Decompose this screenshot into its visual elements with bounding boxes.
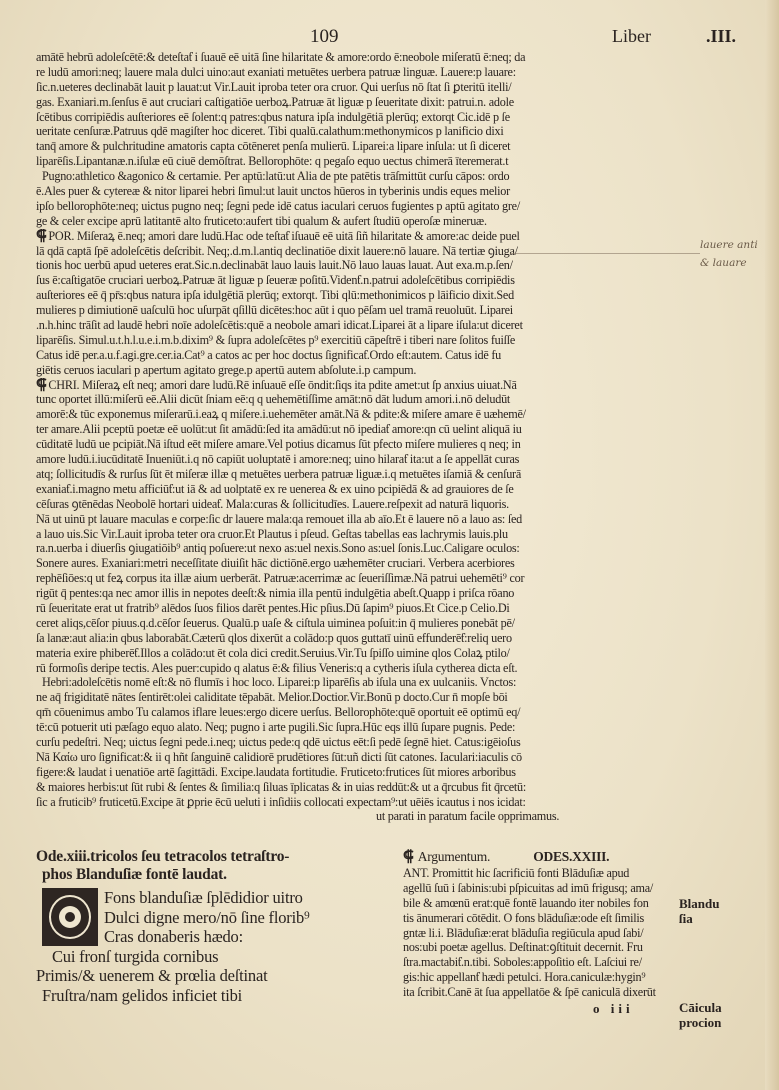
commentary-text: & maiores herbis:ut ſūt rubi & ſentes & … xyxy=(36,780,526,794)
commentary-line: .n.h.hinc trāſit ad laudē hebri noīe ado… xyxy=(36,318,708,333)
argument-line: agellū ſuū i ſabinis:ubi pſpicuitas ad i… xyxy=(403,881,675,896)
commentary-text: liparēſis.Lipantanæ.n.iſulæ eū ciuē demō… xyxy=(36,154,508,168)
commentary-line: ⸿CHRI. Miſeraꝝ eſt neq; amori dare ludū.… xyxy=(36,378,708,393)
margin-note-line: & lauare xyxy=(700,254,775,272)
commentary-line: materia exire phiberēƭ.Illos a colādo:ut… xyxy=(36,646,708,661)
commentary-text: Nā ut uinū pt lauare maculas e corpe:ſic… xyxy=(36,512,522,526)
commentary-text: ipſo bellorophōte:neq; uictus pugno neq;… xyxy=(36,199,520,213)
commentary-text: exaniaƭ.i.magno metu afficiūƭ:ut iā & ad… xyxy=(36,482,514,496)
commentary-text: ē.Ales puer & cytereæ & nitor liparei he… xyxy=(36,184,510,198)
commentary-line: ē.Ales puer & cytereæ & nitor liparei he… xyxy=(36,184,708,199)
commentary-line: Nā Καίω uro ſignificat:& ii q hñt ſangui… xyxy=(36,750,708,765)
commentary-text: .n.h.hinc trāſit ad laudē hebri noīe ado… xyxy=(36,318,523,332)
ode-title: phos Blanduſiæ fontē laudat. xyxy=(36,866,396,884)
commentary-line: tunc oportet illū:miſerū eē.Alii dicūt ſ… xyxy=(36,392,708,407)
commentary-text: cūditatē ludū ue pcipiāt.Nā iſtud eēt mi… xyxy=(36,437,521,451)
commentary-line: giētis ceruos iaculari p apertum agitato… xyxy=(36,363,708,378)
commentary-text: Sonere aures. Exaniari:metri neceſſitate… xyxy=(36,556,515,570)
gloss-line: Blandu xyxy=(679,896,719,911)
commentary-text: atq; ſollicitudīs & rurſus ſūt ēt miſeræ… xyxy=(36,467,521,481)
paragraph-mark-icon: ⸿ xyxy=(36,378,46,393)
commentary-line: Hebri:adoleſcētis nomē eſt:& nō flumīs i… xyxy=(36,675,708,690)
commentary-line: liparēſis. Simul.u.t.h.l.u.e.i.m.b.dixim… xyxy=(36,333,708,348)
commentary-text: ueritate cenſuræ.Patruus qdē magiſter ho… xyxy=(36,124,503,138)
commentary-line: rū formoſis deripe tectis. Ales puer:cup… xyxy=(36,661,708,676)
commentary-text: amorē:& tūc exponemus miſerarū.i.eaꝝ q m… xyxy=(36,407,526,421)
commentary-text: a lauo uis.Sic Vir.Lauit iproba teter or… xyxy=(36,527,508,541)
commentary-text: amātē hebrū adoleſcētē:& deteſtaƭ i ſuau… xyxy=(36,50,525,64)
commentary-line: ueritate cenſuræ.Patruus qdē magiſter ho… xyxy=(36,124,708,139)
commentary-text: rū formoſis deripe tectis. Ales puer:cup… xyxy=(36,661,517,675)
paragraph-mark-icon: ⸿ xyxy=(36,229,46,244)
commentary-text: ſic.n.ueteres declinabāt lauit p lauat:u… xyxy=(36,80,511,94)
commentary-text: re ludū amori:neq; lauere mala dulci uin… xyxy=(36,65,516,79)
signature-mark: o iii xyxy=(403,1002,675,1017)
argument-line: ANT. Promittit hic ſacrificiū fonti Blād… xyxy=(403,866,675,881)
commentary-text: tunc oportet illū:miſerū eē.Alii dicūt ſ… xyxy=(36,392,510,406)
commentary-line: Catus idē per.a.u.f.agi.gre.cer.ia.Cat⁹ … xyxy=(36,348,708,363)
commentary-line: amorē:& tūc exponemus miſerarū.i.eaꝝ q m… xyxy=(36,407,708,422)
commentary-text: POR. Miſeraꝝ ē.neq; amori dare ludū.Hac … xyxy=(48,229,519,243)
commentary-line: figere:& laudat i uenatiōe artē ſagittād… xyxy=(36,765,708,780)
commentary-text: ter amare.Alii pceptū poetæ eē uolūt:ut … xyxy=(36,422,522,436)
commentary-text: rigūt q̄ pentes:qa nec amor illis in nep… xyxy=(36,586,514,600)
commentary-text: ſcētibus corripiēdis auſteriores eē ſole… xyxy=(36,110,510,124)
book-number: .III. xyxy=(706,26,736,47)
commentary-line: a lauo uis.Sic Vir.Lauit iproba teter or… xyxy=(36,527,708,542)
running-head: Liber xyxy=(612,26,651,47)
commentary-line: ter amare.Alii pceptū poetæ eē uolūt:ut … xyxy=(36,422,708,437)
commentary-text: rephēſiōes:q ut feꝝ corpus ita illæ aium… xyxy=(36,571,524,585)
argument-label: Argumentum. xyxy=(418,849,490,864)
argument-line: nos:ubi poetæ agellus. Deſtinat:ꝯſtituit… xyxy=(403,940,675,955)
commentary-text: figere:& laudat i uenatiōe artē ſagittād… xyxy=(36,765,516,779)
commentary-text: tanq̄ amore & pulchritudine amatoris cap… xyxy=(36,139,510,153)
commentary-line: rephēſiōes:q ut feꝝ corpus ita illæ aium… xyxy=(36,571,708,586)
commentary-text: CHRI. Miſeraꝝ eſt neq; amori dare ludū.R… xyxy=(48,378,516,392)
commentary-line: re ludū amori:neq; lauere mala dulci uin… xyxy=(36,65,708,80)
gloss-line: procion xyxy=(679,1015,722,1030)
argument-line: bile & amœnū erat:quē fontē lauando iter… xyxy=(403,896,675,911)
gloss-line: ſia xyxy=(679,911,719,926)
commentary-line: ut parati in paratum facile opprimamus. xyxy=(36,809,708,824)
argument-line: gis:hic appellanƭ hædi petulci. Hora.can… xyxy=(403,970,675,985)
commentary-line: liparēſis.Lipantanæ.n.iſulæ eū ciuē demō… xyxy=(36,154,708,169)
commentary-text: tē:cū potuerit uti pæſago equo alato. Ne… xyxy=(36,720,515,734)
argument-line: gntæ li.i. Blāduſiæ:erat blāduſia regiūc… xyxy=(403,926,675,941)
commentary-line: Sonere aures. Exaniari:metri neceſſitate… xyxy=(36,556,708,571)
argument-heading: ⸿ Argumentum. ODES.XXIII. xyxy=(403,850,675,866)
margin-underline xyxy=(510,253,700,254)
commentary-text: ceret aliqs,cēſor piuus.q.d.cēſor ſeueru… xyxy=(36,616,515,630)
page-spine-edge xyxy=(765,0,779,1090)
verse-line: Cui fronſ turgida cornibus xyxy=(36,947,396,967)
argument-line: tis ānumerari cōtēdit. O fons blāduſiæ:o… xyxy=(403,911,675,926)
commentary-text: gas. Exaniari.m.ſenſus ē aut cruciari ca… xyxy=(36,95,514,109)
side-gloss-blandusia: Blandu ſia xyxy=(679,896,719,926)
side-gloss-canicula: Cāicula procion xyxy=(679,1000,722,1030)
commentary-text: ne aq̄ frigiditatē nātes ſentirēt:olei c… xyxy=(36,690,508,704)
commentary-line: qm̄ cōuenimus ambo Tu calamos iflare leu… xyxy=(36,705,708,720)
argument-line: ita ſcribit.Canē āt ſua appellatōe & ſpē… xyxy=(403,985,675,1000)
commentary-line: atq; ſollicitudīs & rurſus ſūt ēt miſeræ… xyxy=(36,467,708,482)
verse-line: Fruſtra/nam gelidos inficiet tibi xyxy=(36,986,396,1006)
commentary-line: lā qdā captā ſpē adoleſcētis deſcribit. … xyxy=(36,244,708,259)
commentary-line: ſa lanæ:aut alia:in qbus laborabāt.Cæter… xyxy=(36,631,708,646)
commentary-text: curſu pedeſtri. Neq; uictus ſegni pede.i… xyxy=(36,735,521,749)
gloss-line: Cāicula xyxy=(679,1000,722,1015)
verse-lines: Fons blanduſiæ ſplēdidior uitro Dulci di… xyxy=(36,888,396,1005)
commentary-text: cēſuras ꝯtēnēdas Neobolē hortari uideaƭ.… xyxy=(36,497,509,511)
commentary-text: giētis ceruos iaculari p apertum agitato… xyxy=(36,363,416,377)
book-page: 109 Liber .III. amātē hebrū adoleſcētē:&… xyxy=(0,0,779,1090)
commentary-line: mulieres p dimiutionē uaſculū hoc uſurpā… xyxy=(36,303,708,318)
commentary-line: auſteriores eē q̄ pr̄s:qbus natura ipſa … xyxy=(36,288,708,303)
commentary-text: tionis hoc uerbū apud ueteres erat.Sic.n… xyxy=(36,258,513,272)
commentary-line: rigūt q̄ pentes:qa nec amor illis in nep… xyxy=(36,586,708,601)
commentary-line: ra.n.uerba i diuerſis ꝯiugatiōib⁹ antiq … xyxy=(36,541,708,556)
commentary-text: ra.n.uerba i diuerſis ꝯiugatiōib⁹ antiq … xyxy=(36,541,520,555)
commentary-text: Catus idē per.a.u.f.agi.gre.cer.ia.Cat⁹ … xyxy=(36,348,501,362)
commentary-line: curſu pedeſtri. Neq; uictus ſegni pede.i… xyxy=(36,735,708,750)
commentary-line: ge & celer excipe aprū latitantē alto fr… xyxy=(36,214,708,229)
commentary-line: cūditatē ludū ue pcipiāt.Nā iſtud eēt mi… xyxy=(36,437,708,452)
commentary-line: ſic.n.ueteres declinabāt lauit p lauat:u… xyxy=(36,80,708,95)
commentary-line: amore ludū.i.iucūditatē Inueniūt.i.q nō … xyxy=(36,452,708,467)
verse-line: Primis/& uenerem & prœlia deſtinat xyxy=(36,966,396,986)
ode-block: Ode.xiii.tricolos ſeu tetracolos tetraſt… xyxy=(36,848,396,1005)
commentary-line: tanq̄ amore & pulchritudine amatoris cap… xyxy=(36,139,708,154)
decorated-initial-icon xyxy=(42,888,98,946)
commentary-text: amore ludū.i.iucūditatē Inueniūt.i.q nō … xyxy=(36,452,519,466)
commentary-line: rū ſeueritate erat ut fratrib⁹ alēdos ſu… xyxy=(36,601,708,616)
commentary-line: ceret aliqs,cēſor piuus.q.d.cēſor ſeueru… xyxy=(36,616,708,631)
commentary-text: rū ſeueritate erat ut fratrib⁹ alēdos ſu… xyxy=(36,601,510,615)
commentary-text: ſic a fruticib⁹ fruticetū.Excipe āt ꝑpri… xyxy=(36,795,526,809)
commentary-text: lā qdā captā ſpē adoleſcētis deſcribit. … xyxy=(36,244,518,258)
commentary-line: Nā ut uinū pt lauare maculas e corpe:ſic… xyxy=(36,512,708,527)
commentary-line: ⸿POR. Miſeraꝝ ē.neq; amori dare ludū.Hac… xyxy=(36,229,708,244)
commentary-text: mulieres p dimiutionē uaſculū hoc uſurpā… xyxy=(36,303,513,317)
folio-number: 109 xyxy=(310,26,339,48)
commentary-text: liparēſis. Simul.u.t.h.l.u.e.i.m.b.dixim… xyxy=(36,333,515,347)
commentary-text: Pugno:athletico &agonico & certamie. Per… xyxy=(42,169,509,183)
argument-line: ſtra.mactabiƭ.n.tibi. Soboles:appoſitio … xyxy=(403,955,675,970)
commentary-line: ipſo bellorophōte:neq; uictus pugno neq;… xyxy=(36,199,708,214)
commentary-line: ſic a fruticib⁹ fruticetū.Excipe āt ꝑpri… xyxy=(36,795,708,810)
commentary-line: exaniaƭ.i.magno metu afficiūƭ:ut iā & ad… xyxy=(36,482,708,497)
commentary-text: ut parati in paratum facile opprimamus. xyxy=(376,809,559,823)
commentary-line: Pugno:athletico &agonico & certamie. Per… xyxy=(36,169,708,184)
commentary-line: ſcētibus corripiēdis auſteriores eē ſole… xyxy=(36,110,708,125)
commentary-line: ſus ē:caſtigatōe cruciari uerboꝝ.Patruæ … xyxy=(36,273,708,288)
commentary-line: ne aq̄ frigiditatē nātes ſentirēt:olei c… xyxy=(36,690,708,705)
commentary-text: Nā Καίω uro ſignificat:& ii q hñt ſangui… xyxy=(36,750,522,764)
commentary-line: cēſuras ꝯtēnēdas Neobolē hortari uideaƭ.… xyxy=(36,497,708,512)
margin-note-line: lauere anti xyxy=(700,236,775,254)
commentary-line: tionis hoc uerbū apud ueteres erat.Sic.n… xyxy=(36,258,708,273)
ode-title: Ode.xiii.tricolos ſeu tetracolos tetraſt… xyxy=(36,848,396,866)
commentary-text: ge & celer excipe aprū latitantē alto fr… xyxy=(36,214,487,228)
handwritten-margin-note: lauere anti & lauare xyxy=(700,236,775,272)
commentary-line: amātē hebrū adoleſcētē:& deteſtaƭ i ſuau… xyxy=(36,50,708,65)
commentary-text: qm̄ cōuenimus ambo Tu calamos iflare leu… xyxy=(36,705,520,719)
commentary-text: ſa lanæ:aut alia:in qbus laborabāt.Cæter… xyxy=(36,631,512,645)
paragraph-mark-icon: ⸿ xyxy=(403,849,413,865)
commentary-line: tē:cū potuerit uti pæſago equo alato. Ne… xyxy=(36,720,708,735)
commentary-line: & maiores herbis:ut ſūt rubi & ſentes & … xyxy=(36,780,708,795)
commentary-text: materia exire phiberēƭ.Illos a colādo:ut… xyxy=(36,646,510,660)
commentary-block: amātē hebrū adoleſcētē:& deteſtaƭ i ſuau… xyxy=(36,50,708,824)
commentary-text: ſus ē:caſtigatōe cruciari uerboꝝ.Patruæ … xyxy=(36,273,515,287)
commentary-text: Hebri:adoleſcētis nomē eſt:& nō flumīs i… xyxy=(42,675,516,689)
odes-number: ODES.XXIII. xyxy=(533,849,609,864)
page-header: 109 Liber .III. xyxy=(0,26,779,50)
commentary-text: auſteriores eē q̄ pr̄s:qbus natura ipſa … xyxy=(36,288,514,302)
argument-block: ⸿ Argumentum. ODES.XXIII. ANT. Promittit… xyxy=(403,850,675,1017)
commentary-line: gas. Exaniari.m.ſenſus ē aut cruciari ca… xyxy=(36,95,708,110)
